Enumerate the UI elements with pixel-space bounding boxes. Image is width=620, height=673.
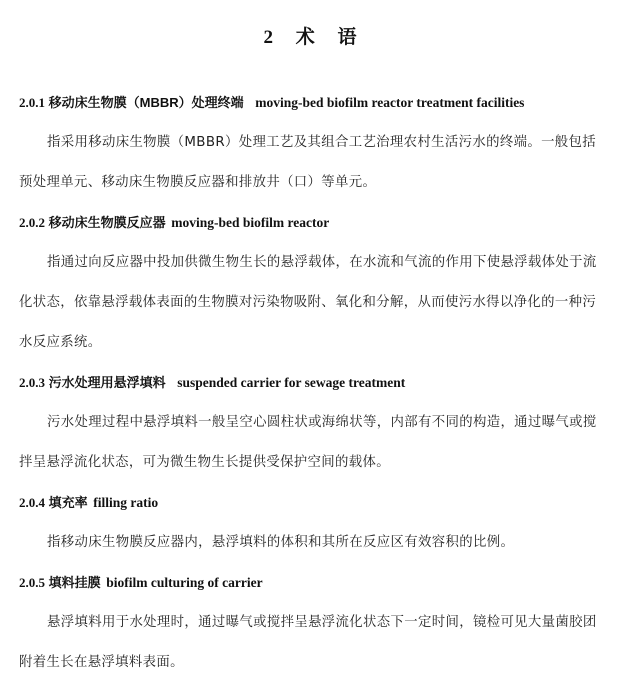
term-zh: 移动床生物膜反应器 xyxy=(49,215,166,230)
paragraph-line: 指通过向反应器中投加供微生物生长的悬浮载体，在水流和气流的作用下使悬浮载体处于流 xyxy=(47,251,597,270)
term-zh: 移动床生物膜（MBBR）处理终端 xyxy=(49,95,244,110)
term-en: filling ratio xyxy=(93,495,158,510)
section-heading-2-0-2: 2.0.2 移动床生物膜反应器 moving-bed biofilm react… xyxy=(19,212,329,231)
term-zh: 填料挂膜 xyxy=(49,575,101,590)
section-heading-2-0-1: 2.0.1 移动床生物膜（MBBR）处理终端 moving-bed biofil… xyxy=(19,92,524,111)
section-number: 2.0.3 xyxy=(19,375,45,390)
term-zh: 污水处理用悬浮填料 xyxy=(49,375,166,390)
term-en: suspended carrier for sewage treatment xyxy=(177,375,405,390)
section-number: 2.0.2 xyxy=(19,215,45,230)
section-number: 2.0.4 xyxy=(19,495,45,510)
paragraph-line: 污水处理过程中悬浮填料一般呈空心圆柱状或海绵状等，内部有不同的构造，通过曝气或搅 xyxy=(47,411,597,430)
chapter-title-char-2: 语 xyxy=(338,22,357,49)
section-heading-2-0-5: 2.0.5 填料挂膜 biofilm culturing of carrier xyxy=(19,572,263,591)
section-number: 2.0.1 xyxy=(19,95,45,110)
paragraph-line: 附着生长在悬浮填料表面。 xyxy=(19,651,184,670)
paragraph-line: 指移动床生物膜反应器内，悬浮填料的体积和其所在反应区有效容积的比例。 xyxy=(47,531,514,550)
paragraph-line: 悬浮填料用于水处理时，通过曝气或搅拌呈悬浮流化状态下一定时间，镜检可见大量菌胶团 xyxy=(47,611,597,630)
paragraph-line: 化状态，依靠悬浮载体表面的生物膜对污染物吸附、氧化和分解，从而使污水得以净化的一… xyxy=(19,291,596,310)
term-zh: 填充率 xyxy=(49,495,88,510)
paragraph-line: 拌呈悬浮流化状态，可为微生物生长提供受保护空间的载体。 xyxy=(19,451,390,470)
term-en: biofilm culturing of carrier xyxy=(106,575,262,590)
chapter-title-char-1: 术 xyxy=(296,22,315,49)
paragraph-line: 水反应系统。 xyxy=(19,331,101,350)
section-number: 2.0.5 xyxy=(19,575,45,590)
paragraph-line: 预处理单元、移动床生物膜反应器和排放井（口）等单元。 xyxy=(19,171,376,190)
section-heading-2-0-3: 2.0.3 污水处理用悬浮填料 suspended carrier for se… xyxy=(19,372,405,391)
chapter-title: 2 术 语 xyxy=(0,22,620,49)
paragraph-line: 指采用移动床生物膜（MBBR）处理工艺及其组合工艺治理农村生活污水的终端。一般包… xyxy=(47,131,596,150)
term-en: moving-bed biofilm reactor treatment fac… xyxy=(255,95,524,110)
term-en: moving-bed biofilm reactor xyxy=(171,215,329,230)
chapter-number: 2 xyxy=(263,27,273,49)
section-heading-2-0-4: 2.0.4 填充率 filling ratio xyxy=(19,492,158,511)
